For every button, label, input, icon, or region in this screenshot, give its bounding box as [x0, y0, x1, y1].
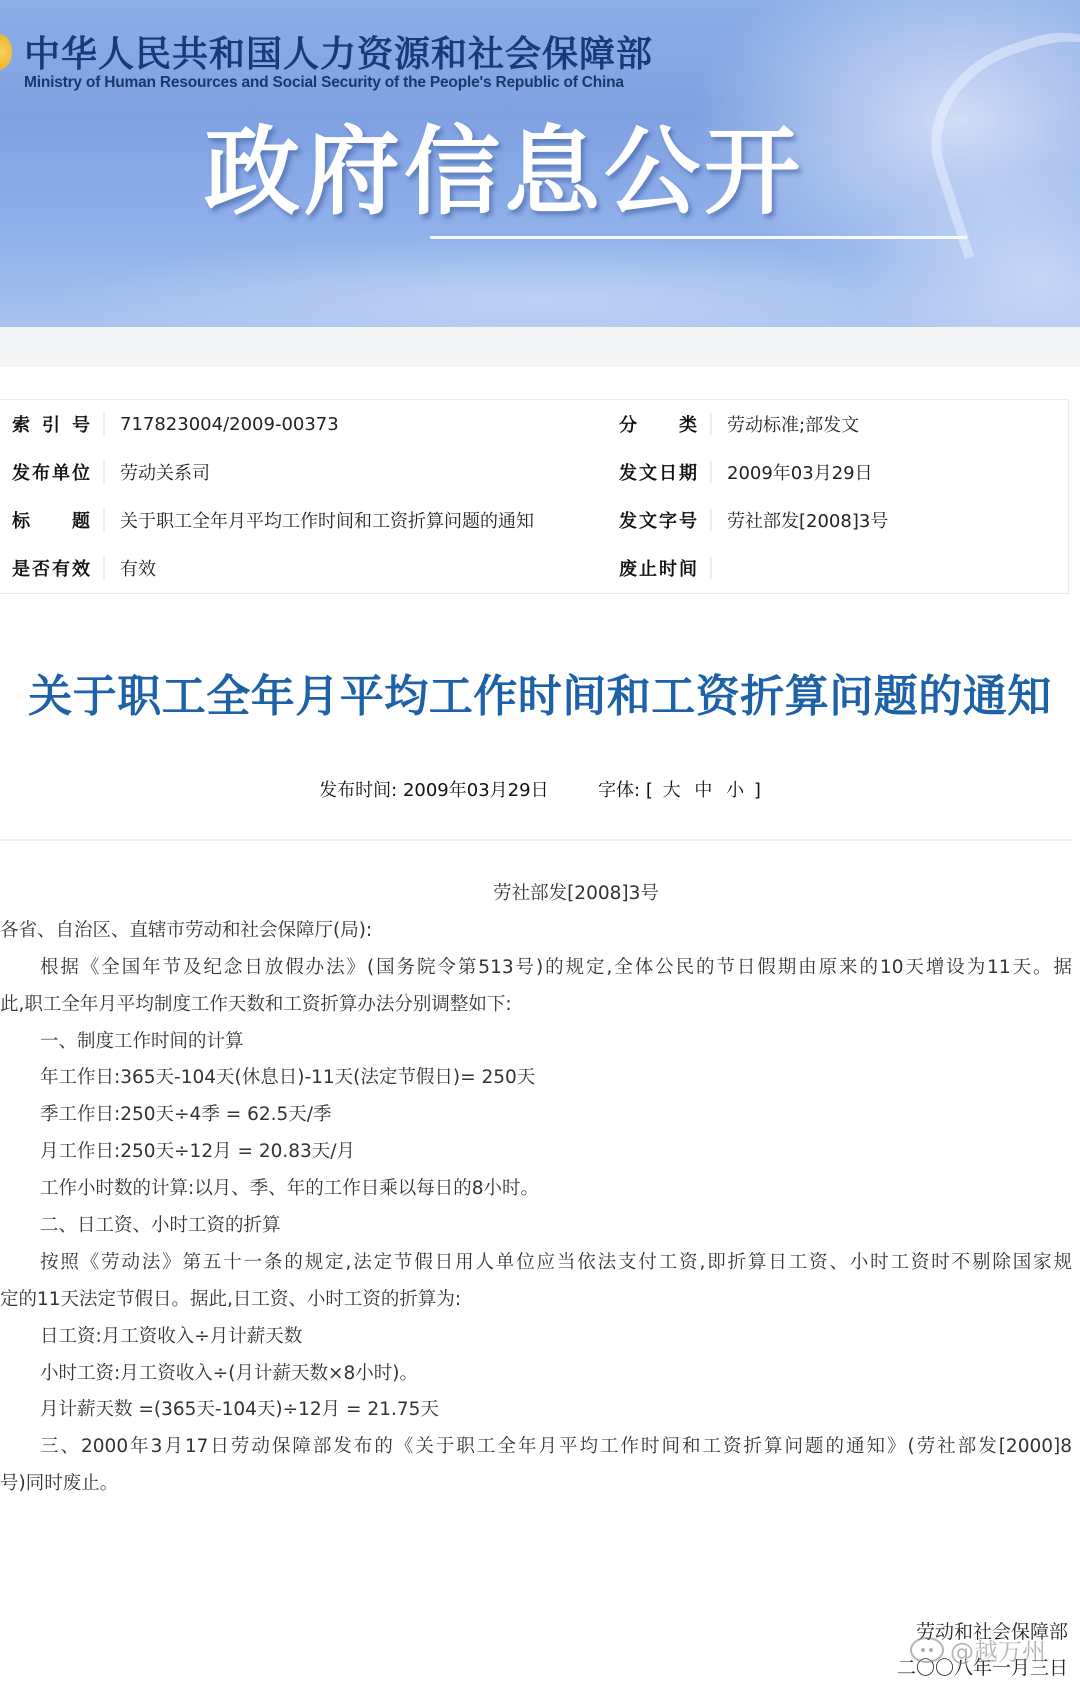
meta-row: 索引号 717823004/2009-00373 分类 劳动标准;部发文: [0, 400, 1068, 448]
meta-label: 分类: [619, 411, 697, 437]
meta-separator: [710, 413, 712, 435]
publish-date: 2009年03月29日: [403, 780, 549, 801]
meta-row: 是否有效 有效 废止时间: [0, 544, 1068, 592]
meta-separator: [710, 461, 712, 483]
paragraph: 按照《劳动法》第五十一条的规定,法定节假日用人单位应当依法支付工资,即折算日工资…: [0, 1245, 1072, 1282]
section-heading: 二、日工资、小时工资的折算: [0, 1208, 1072, 1245]
formula-line: 月计薪天数 =(365天-104天)÷12月 = 21.75天: [0, 1392, 1072, 1429]
wechat-channel-icon: [910, 1637, 944, 1663]
publish-label: 发布时间:: [319, 780, 397, 801]
meta-index-number: 索引号 717823004/2009-00373: [12, 400, 339, 448]
formula-line: 工作小时数的计算:以月、季、年的工作日乘以每日的8小时。: [0, 1171, 1072, 1208]
meta-separator: [710, 557, 712, 579]
meta-label: 废止时间: [619, 555, 697, 581]
addressee: 各省、自治区、直辖市劳动和社会保障厅(局):: [0, 913, 1072, 950]
section-title: 政府信息公开: [204, 96, 804, 233]
section-heading: 一、制度工作时间的计算: [0, 1024, 1072, 1061]
paragraph: 三、2000年3月17日劳动保障部发布的《关于职工全年月平均工作时间和工资折算问…: [0, 1429, 1072, 1466]
meta-value: 2009年03月29日: [727, 459, 873, 485]
paragraph: 根据《全国年节及纪念日放假办法》(国务院令第513号)的规定,全体公民的节日假期…: [0, 950, 1072, 987]
meta-value: 有效: [120, 555, 156, 581]
meta-validity: 是否有效 有效: [12, 544, 156, 592]
formula-line: 小时工资:月工资收入÷(月计薪天数×8小时)。: [0, 1356, 1072, 1393]
document-metadata-table: 索引号 717823004/2009-00373 分类 劳动标准;部发文 发布单…: [0, 399, 1069, 594]
meta-label: 索引号: [12, 411, 90, 437]
ministry-name-cn[interactable]: 中华人民共和国人力资源和社会保障部: [24, 26, 653, 77]
meta-value: 劳社部发[2008]3号: [727, 507, 888, 533]
meta-label: 标题: [12, 507, 90, 533]
article-meta: 发布时间: 2009年03月29日 字体: [ 大 中 小 ]: [0, 776, 1080, 802]
meta-row: 发布单位 劳动关系司 发文日期 2009年03月29日: [0, 448, 1068, 496]
doc-number: 劳社部发[2008]3号: [0, 876, 1072, 913]
meta-separator: [103, 557, 105, 579]
meta-label: 是否有效: [12, 555, 90, 581]
meta-separator: [710, 509, 712, 531]
meta-issue-date: 发文日期 2009年03月29日: [619, 448, 873, 496]
meta-separator: [103, 509, 105, 531]
header-banner: 中华人民共和国人力资源和社会保障部 Ministry of Human Reso…: [0, 0, 1080, 327]
meta-category: 分类 劳动标准;部发文: [619, 400, 859, 448]
article-body: 劳社部发[2008]3号 各省、自治区、直辖市劳动和社会保障厅(局): 根据《全…: [0, 876, 1072, 1503]
meta-label: 发文字号: [619, 507, 697, 533]
meta-title: 标题 关于职工全年月平均工作时间和工资折算问题的通知: [12, 496, 534, 544]
content-divider: [0, 839, 1072, 841]
nav-band: [0, 327, 1080, 367]
meta-separator: [103, 461, 105, 483]
meta-label: 发文日期: [619, 459, 697, 485]
meta-value: 关于职工全年月平均工作时间和工资折算问题的通知: [120, 507, 534, 533]
meta-repeal-date: 废止时间: [619, 544, 727, 592]
banner-divider: [430, 236, 967, 239]
meta-value: 劳动标准;部发文: [727, 411, 859, 437]
formula-line: 月工作日:250天÷12月 = 20.83天/月: [0, 1134, 1072, 1171]
ministry-name-en: Ministry of Human Resources and Social S…: [24, 74, 624, 92]
meta-separator: [103, 413, 105, 435]
formula-line: 日工资:月工资收入÷月计薪天数: [0, 1319, 1072, 1356]
paragraph-cont: 定的11天法定节假日。据此,日工资、小时工资的折算为:: [0, 1282, 1072, 1319]
meta-row: 标题 关于职工全年月平均工作时间和工资折算问题的通知 发文字号 劳社部发[200…: [0, 496, 1068, 544]
meta-value: 劳动关系司: [120, 459, 210, 485]
font-size-label: 字体:: [598, 780, 640, 801]
watermark: @越万州: [910, 1632, 1046, 1667]
meta-doc-number: 发文字号 劳社部发[2008]3号: [619, 496, 888, 544]
font-size-large-button[interactable]: 大: [663, 780, 681, 801]
article-title: 关于职工全年月平均工作时间和工资折算问题的通知: [0, 660, 1080, 724]
meta-publisher: 发布单位 劳动关系司: [12, 448, 210, 496]
font-bracket-close: ]: [754, 780, 761, 801]
font-size-small-button[interactable]: 小: [726, 780, 744, 801]
paragraph-cont: 号)同时废止。: [0, 1466, 1072, 1503]
meta-value: 717823004/2009-00373: [120, 414, 339, 435]
paragraph-cont: 此,职工全年月平均制度工作天数和工资折算办法分别调整如下:: [0, 987, 1072, 1024]
formula-line: 年工作日:365天-104天(休息日)-11天(法定节假日)= 250天: [0, 1060, 1072, 1097]
formula-line: 季工作日:250天÷4季 = 62.5天/季: [0, 1097, 1072, 1134]
meta-label: 发布单位: [12, 459, 90, 485]
font-size-medium-button[interactable]: 中: [694, 780, 712, 801]
watermark-text: @越万州: [950, 1632, 1046, 1667]
font-bracket-open: [: [646, 780, 653, 801]
